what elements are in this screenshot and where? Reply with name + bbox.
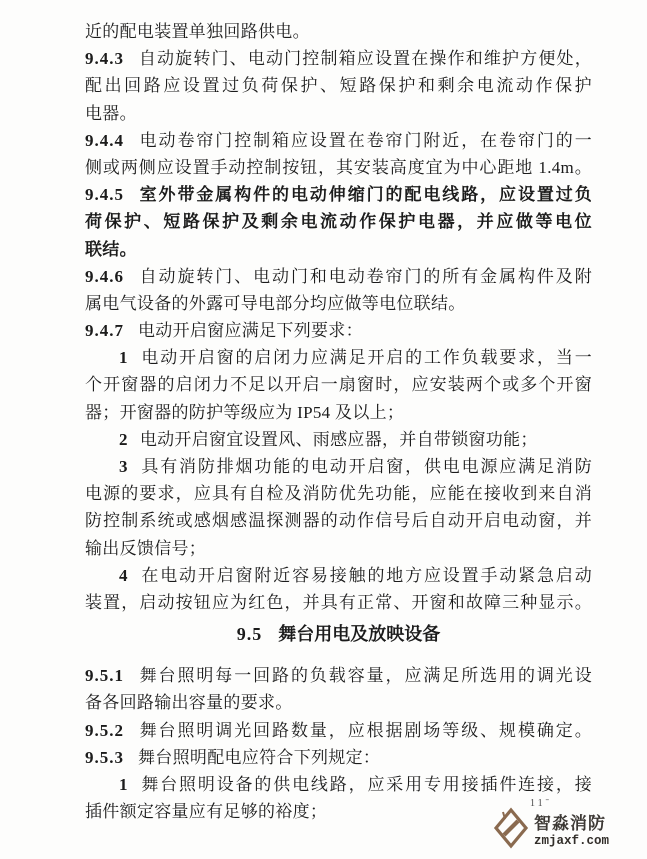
line-text: 电源的要求，应具有自检及消防优先功能，应能在接收到来自消 <box>85 484 592 503</box>
line-text: 舞台照明调光回路数量，应根据剧场等级、规模确定。 <box>138 721 592 740</box>
line-text: 荷保护、短路保护及剩余电流动作保护电器，并应做等电位 <box>85 212 592 231</box>
line-text: 在电动开启窗附近容易接触的地方应设置手动紧急启动 <box>140 566 592 585</box>
text-line: 侧或两侧应设置手动控制按钮，其安装高度宜为中心距地 1.4m。 <box>85 154 592 181</box>
text-line: 装置，启动按钮应为红色，并具有正常、开窗和故障三种显示。 <box>85 589 592 616</box>
text-line: 备各回路输出容量的要求。 <box>85 689 592 716</box>
text-line: 配出回路应设置过负荷保护、短路保护和剩余电流动作保护 <box>85 72 592 99</box>
line-text: 插件额定容量应有足够的裕度； <box>85 802 327 821</box>
watermark-brand: 智淼消防 <box>534 814 609 834</box>
line-text: 电动开启窗应满足下列要求： <box>138 321 363 340</box>
text-block: 近的配电装置单独回路供电。 9.4.3自动旋转门、电动门控制箱应设置在操作和维护… <box>85 18 592 825</box>
list-item-line: 2电动开启窗宜设置风、雨感应器，并自带锁窗功能； <box>85 426 592 453</box>
list-item-line: 4在电动开启窗附近容易接触的地方应设置手动紧急启动 <box>85 562 592 589</box>
line-text: 室外带金属构件的电动伸缩门的配电线路，应设置过负 <box>138 185 592 204</box>
section-title: 舞台用电及放映设备 <box>278 624 440 644</box>
line-text: 电动开启窗宜设置风、雨感应器，并自带锁窗功能； <box>140 430 538 449</box>
clause-number: 9.4.3 <box>85 49 124 68</box>
item-number: 2 <box>119 430 128 449</box>
line-text: 配出回路应设置过负荷保护、短路保护和剩余电流动作保护 <box>85 76 592 95</box>
line-text: 舞台照明配电应符合下列规定： <box>138 748 380 767</box>
text-line: 个开窗器的启闭力不足以开启一扇窗时，应安装两个或多个开窗 <box>85 371 592 398</box>
line-text: 近的配电装置单独回路供电。 <box>85 22 310 41</box>
mandatory-clause-line: 荷保护、短路保护及剩余电流动作保护电器，并应做等电位 <box>85 208 592 235</box>
clause-line: 9.4.6自动旋转门、电动门和电动卷帘门的所有金属构件及附 <box>85 263 592 290</box>
item-number: 1 <box>119 348 128 367</box>
clause-number: 9.4.6 <box>85 267 124 286</box>
watermark-domain: zmjaxf.com <box>534 834 609 848</box>
line-text: 电动卷帘门控制箱应设置在卷帘门附近，在卷帘门的一 <box>138 131 592 150</box>
line-text: 自动旋转门、电动门和电动卷帘门的所有金属构件及附 <box>138 267 592 286</box>
text-line: 近的配电装置单独回路供电。 <box>85 18 592 45</box>
list-item-line: 1电动开启窗的启闭力应满足开启的工作负载要求，当一 <box>85 344 592 371</box>
text-line: 电源的要求，应具有自检及消防优先功能，应能在接收到来自消 <box>85 480 592 507</box>
text-line: 电器。 <box>85 100 592 127</box>
page-number-fragment: 11ˉ <box>530 798 552 809</box>
clause-number: 9.5.2 <box>85 721 124 740</box>
clause-line: 9.4.4电动卷帘门控制箱应设置在卷帘门附近，在卷帘门的一 <box>85 127 592 154</box>
clause-number: 9.5.3 <box>85 748 124 767</box>
document-page: 近的配电装置单独回路供电。 9.4.3自动旋转门、电动门控制箱应设置在操作和维护… <box>0 0 647 859</box>
clause-line: 9.4.7电动开启窗应满足下列要求： <box>85 317 592 344</box>
text-line: 输出反馈信号； <box>85 535 592 562</box>
line-text: 具有消防排烟功能的电动开启窗，供电电源应满足消防 <box>140 457 592 476</box>
line-text: 器；开窗器的防护等级应为 IP54 及以上； <box>85 403 404 422</box>
clause-line: 9.5.3舞台照明配电应符合下列规定： <box>85 744 592 771</box>
clause-number: 9.4.5 <box>85 185 124 204</box>
text-line: 属电气设备的外露可导电部分均应做等电位联结。 <box>85 290 592 317</box>
line-text: 属电气设备的外露可导电部分均应做等电位联结。 <box>85 294 466 313</box>
clause-number: 9.4.7 <box>85 321 124 340</box>
line-text: 舞台照明每一回路的负载容量，应满足所选用的调光设 <box>138 666 592 685</box>
clause-line: 9.5.1舞台照明每一回路的负载容量，应满足所选用的调光设 <box>85 662 592 689</box>
clause-number: 9.5.1 <box>85 666 124 685</box>
mandatory-clause-line: 9.4.5室外带金属构件的电动伸缩门的配电线路，应设置过负 <box>85 181 592 208</box>
list-item-line: 3具有消防排烟功能的电动开启窗，供电电源应满足消防 <box>85 453 592 480</box>
line-text: 防控制系统或感烟感温探测器的动作信号后自动开启电动窗，并 <box>85 511 592 530</box>
line-text: 电器。 <box>85 104 137 123</box>
line-text: 舞台照明设备的供电线路，应采用专用接插件连接，接 <box>140 775 592 794</box>
line-text: 个开窗器的启闭力不足以开启一扇窗时，应安装两个或多个开窗 <box>85 375 592 394</box>
text-line: 防控制系统或感烟感温探测器的动作信号后自动开启电动窗，并 <box>85 507 592 534</box>
section-number: 9.5 <box>237 624 263 644</box>
line-text: 联结。 <box>85 240 137 259</box>
item-number: 3 <box>119 457 128 476</box>
watermark: 11ˉ 智淼消防 zmjaxf.com <box>492 806 644 858</box>
line-text: 侧或两侧应设置手动控制按钮，其安装高度宜为中心距地 1.4m。 <box>85 158 592 177</box>
item-number: 4 <box>119 566 128 585</box>
section-heading: 9.5舞台用电及放映设备 <box>85 621 592 648</box>
item-number: 1 <box>119 775 128 794</box>
line-text: 电动开启窗的启闭力应满足开启的工作负载要求，当一 <box>140 348 592 367</box>
text-line: 器；开窗器的防护等级应为 IP54 及以上； <box>85 399 592 426</box>
line-text: 装置，启动按钮应为红色，并具有正常、开窗和故障三种显示。 <box>85 593 592 612</box>
mandatory-clause-line: 联结。 <box>85 236 592 263</box>
clause-line: 9.4.3自动旋转门、电动门控制箱应设置在操作和维护方便处， <box>85 45 592 72</box>
line-text: 备各回路输出容量的要求。 <box>85 693 293 712</box>
line-text: 输出反馈信号； <box>85 539 206 558</box>
zhimiao-logo-icon <box>492 806 530 855</box>
clause-line: 9.5.2舞台照明调光回路数量，应根据剧场等级、规模确定。 <box>85 717 592 744</box>
line-text: 自动旋转门、电动门控制箱应设置在操作和维护方便处， <box>138 49 592 68</box>
clause-number: 9.4.4 <box>85 131 124 150</box>
list-item-line: 1舞台照明设备的供电线路，应采用专用接插件连接，接 <box>85 771 592 798</box>
